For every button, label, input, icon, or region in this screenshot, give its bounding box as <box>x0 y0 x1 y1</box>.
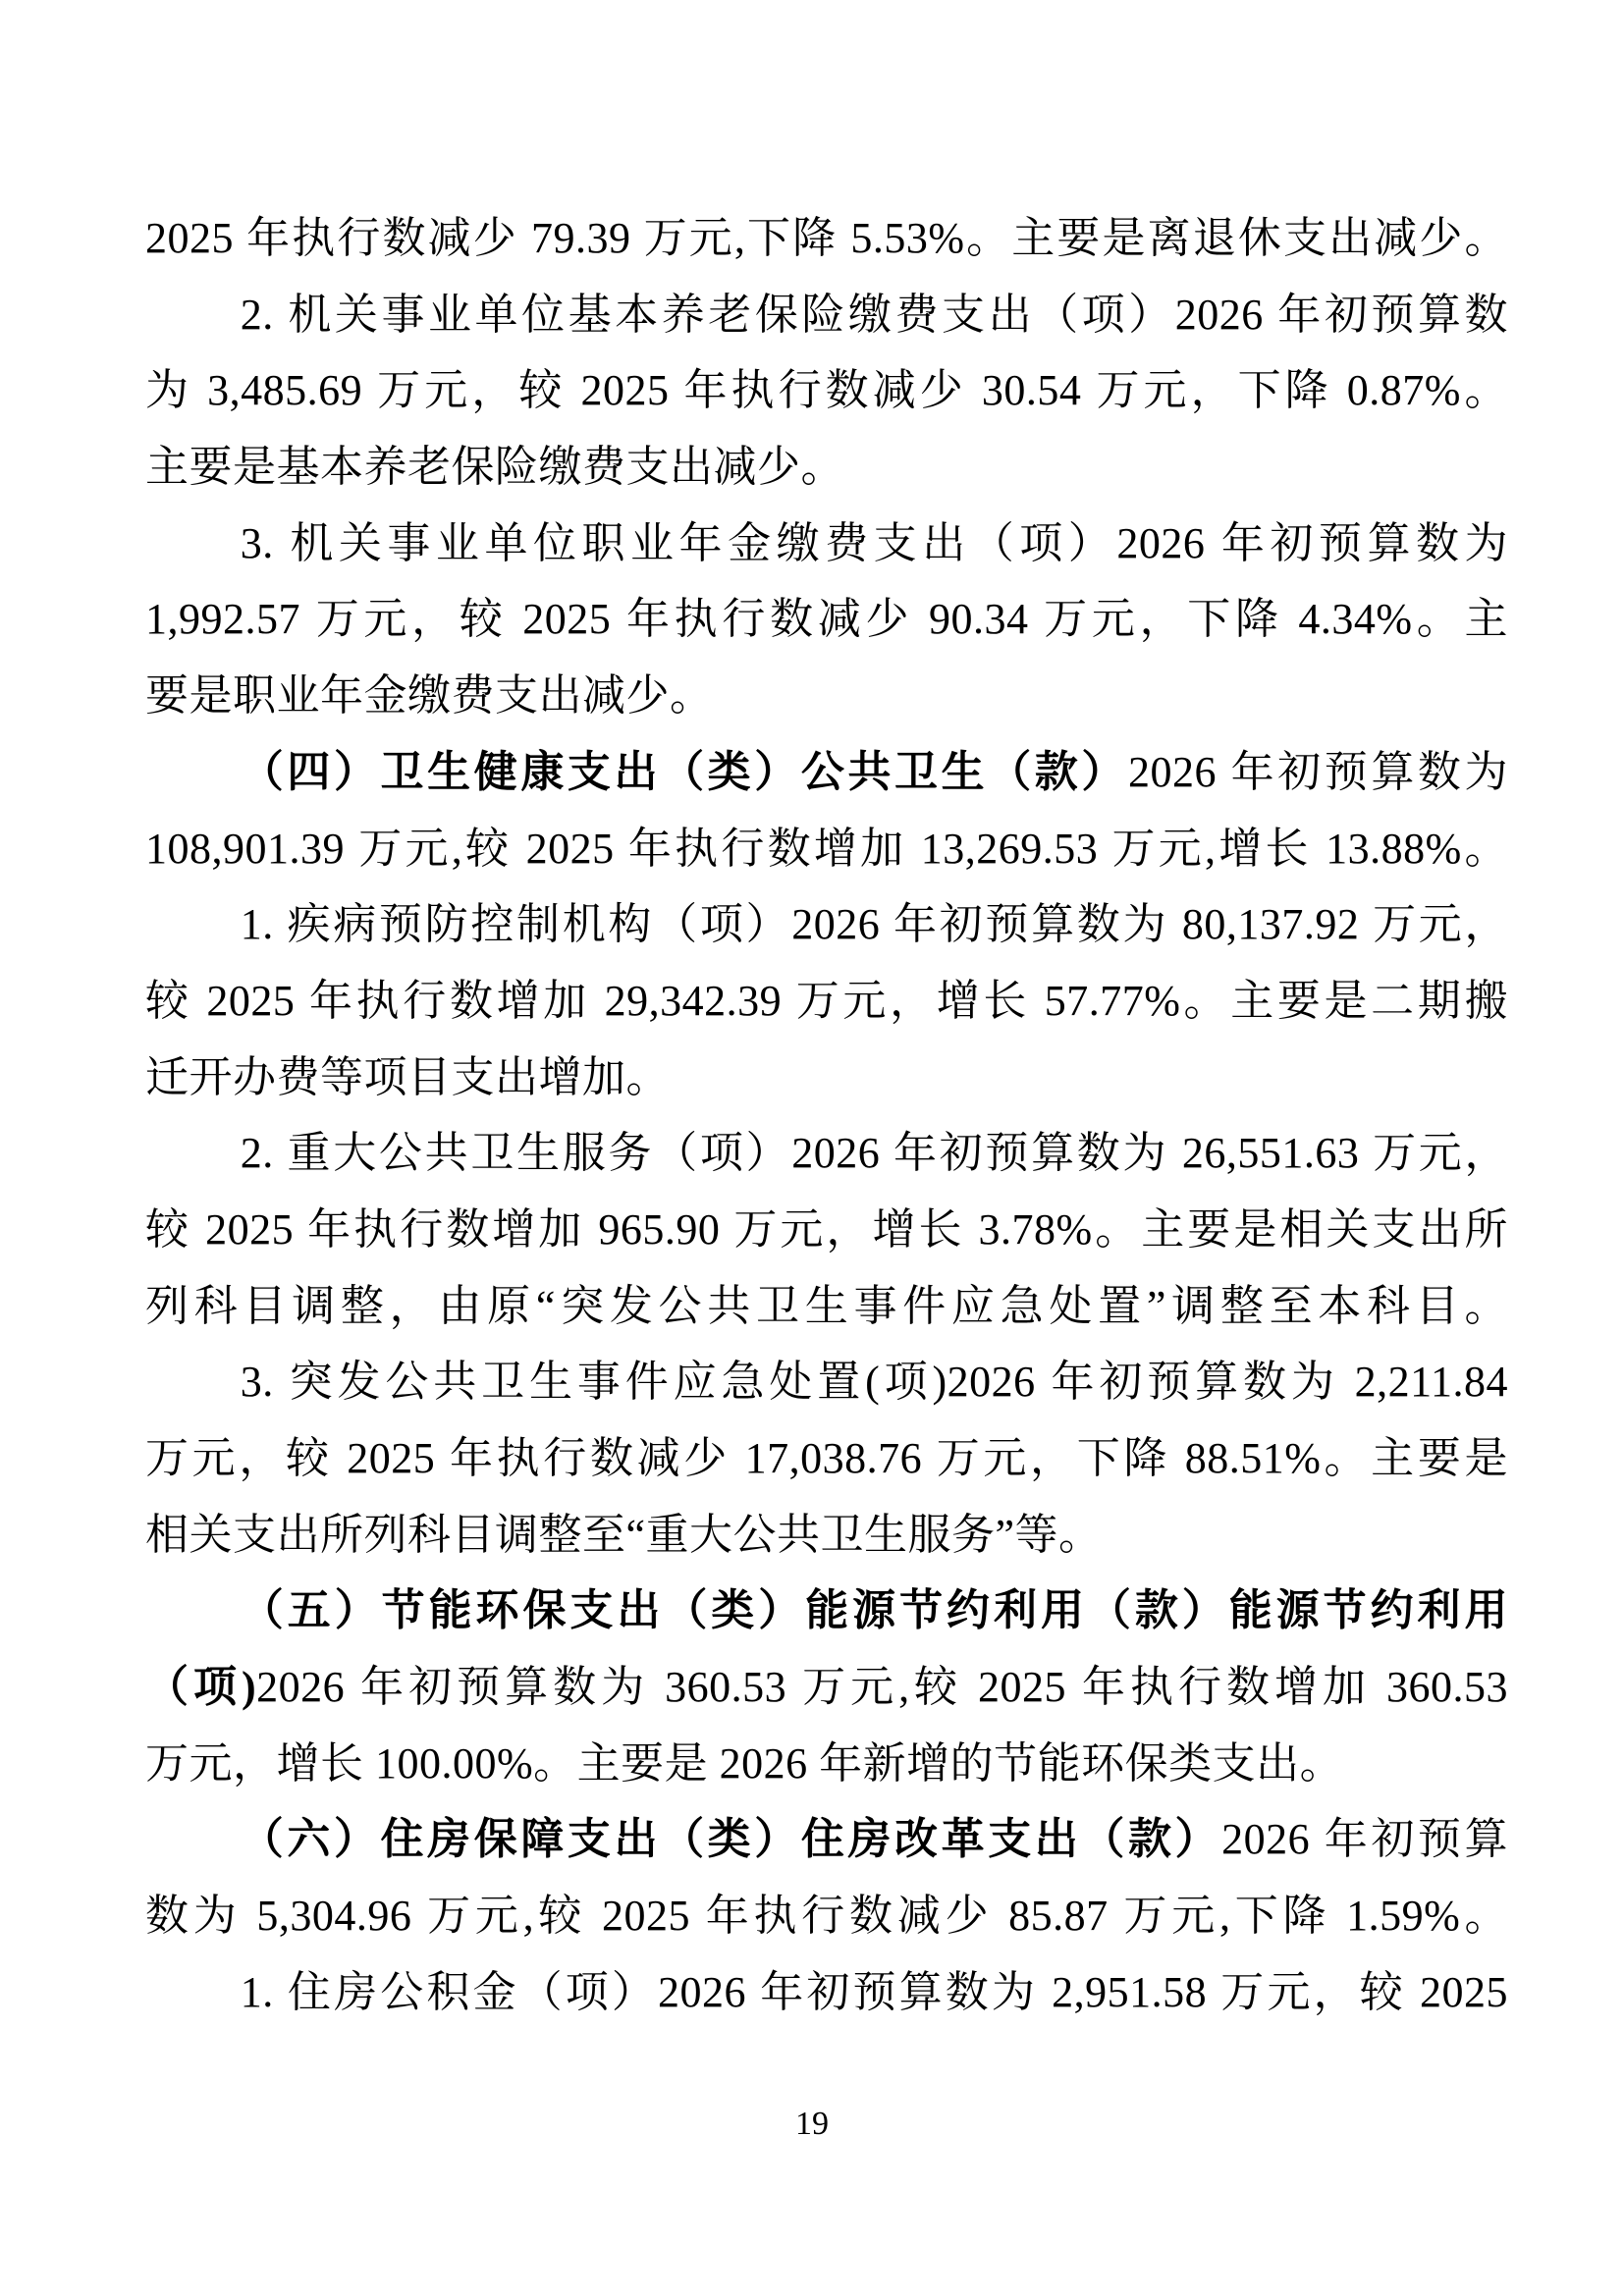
text-line: 相关支出所列科目调整至“重大公共卫生服务”等。 <box>145 1497 1508 1574</box>
body-text: 1. 住房公积金（项）2026 年初预算数为 2,951.58 万元，较 202… <box>241 1968 1508 2016</box>
body-text: 2026 年初预算数为 <box>1128 748 1508 796</box>
body-text: 2026 年初预算数为 360.53 万元,较 2025 年执行数增加 360.… <box>256 1663 1508 1711</box>
text-line: 要是职业年金缴费支出减少。 <box>145 658 1508 734</box>
text-line: （六）住房保障支出（类）住房改革支出（款）2026 年初预算 <box>145 1801 1508 1878</box>
text-line: 1. 疾病预防控制机构（项）2026 年初预算数为 80,137.92 万元， <box>145 886 1508 963</box>
section-heading-text: （项) <box>145 1663 256 1711</box>
body-text: 主要是基本养老保险缴费支出减少。 <box>145 443 844 491</box>
text-line: 2025 年执行数减少 79.39 万元,下降 5.53%。主要是离退休支出减少… <box>145 200 1508 277</box>
document-page: 2025 年执行数减少 79.39 万元,下降 5.53%。主要是离退休支出减少… <box>0 0 1624 2296</box>
body-text: 1. 疾病预防控制机构（项）2026 年初预算数为 80,137.92 万元， <box>241 900 1508 948</box>
text-line: 3. 突发公共卫生事件应急处置(项)2026 年初预算数为 2,211.84 <box>145 1344 1508 1420</box>
text-line: 1. 住房公积金（项）2026 年初预算数为 2,951.58 万元，较 202… <box>145 1954 1508 2031</box>
text-line: 迁开办费等项目支出增加。 <box>145 1040 1508 1116</box>
text-line: （四）卫生健康支出（类）公共卫生（款）2026 年初预算数为 <box>145 734 1508 811</box>
text-line: 较 2025 年执行数增加 29,342.39 万元，增长 57.77%。主要是… <box>145 963 1508 1040</box>
text-line: 108,901.39 万元,较 2025 年执行数增加 13,269.53 万元… <box>145 811 1508 887</box>
text-line: 3. 机关事业单位职业年金缴费支出（项）2026 年初预算数为 <box>145 506 1508 582</box>
text-line: 万元，增长 100.00%。主要是 2026 年新增的节能环保类支出。 <box>145 1726 1508 1802</box>
body-text: 2. 重大公共卫生服务（项）2026 年初预算数为 26,551.63 万元， <box>241 1129 1508 1177</box>
body-text: 较 2025 年执行数增加 965.90 万元，增长 3.78%。主要是相关支出… <box>145 1205 1508 1254</box>
text-line: 万元，较 2025 年执行数减少 17,038.76 万元，下降 88.51%。… <box>145 1420 1508 1497</box>
text-line: 主要是基本养老保险缴费支出减少。 <box>145 429 1508 506</box>
body-text: 迁开办费等项目支出增加。 <box>145 1053 670 1101</box>
body-text: 较 2025 年执行数增加 29,342.39 万元，增长 57.77%。主要是… <box>145 977 1508 1025</box>
document-body: 2025 年执行数减少 79.39 万元,下降 5.53%。主要是离退休支出减少… <box>145 200 1508 2031</box>
body-text: 要是职业年金缴费支出减少。 <box>145 671 714 720</box>
body-text: 为 3,485.69 万元，较 2025 年执行数减少 30.54 万元，下降 … <box>145 366 1508 414</box>
text-line: 2. 重大公共卫生服务（项）2026 年初预算数为 26,551.63 万元， <box>145 1115 1508 1192</box>
body-text: 数为 5,304.96 万元,较 2025 年执行数减少 85.87 万元,下降… <box>145 1892 1508 1940</box>
body-text: 相关支出所列科目调整至“重大公共卫生服务”等。 <box>145 1511 1103 1559</box>
text-line: 数为 5,304.96 万元,较 2025 年执行数减少 85.87 万元,下降… <box>145 1878 1508 1954</box>
body-text: 2025 年执行数减少 79.39 万元,下降 5.53%。主要是离退休支出减少… <box>145 214 1508 262</box>
text-line: 1,992.57 万元，较 2025 年执行数减少 90.34 万元，下降 4.… <box>145 581 1508 658</box>
text-line: （项)2026 年初预算数为 360.53 万元,较 2025 年执行数增加 3… <box>145 1649 1508 1726</box>
body-text: 3. 突发公共卫生事件应急处置(项)2026 年初预算数为 2,211.84 <box>241 1358 1508 1406</box>
body-text: 1,992.57 万元，较 2025 年执行数减少 90.34 万元，下降 4.… <box>145 595 1508 643</box>
body-text: 列科目调整，由原“突发公共卫生事件应急处置”调整至本科目。 <box>145 1282 1508 1330</box>
section-heading-text: （六）住房保障支出（类）住房改革支出（款） <box>241 1815 1221 1863</box>
body-text: 2. 机关事业单位基本养老保险缴费支出（项）2026 年初预算数 <box>241 291 1508 339</box>
page-number: 19 <box>0 2103 1624 2146</box>
section-heading-text: （五）节能环保支出（类）能源节约利用（款）能源节约利用 <box>241 1586 1508 1634</box>
text-line: 为 3,485.69 万元，较 2025 年执行数减少 30.54 万元，下降 … <box>145 352 1508 429</box>
body-text: 万元，增长 100.00%。主要是 2026 年新增的节能环保类支出。 <box>145 1739 1343 1788</box>
text-line: 列科目调整，由原“突发公共卫生事件应急处置”调整至本科目。 <box>145 1268 1508 1345</box>
text-line: 2. 机关事业单位基本养老保险缴费支出（项）2026 年初预算数 <box>145 277 1508 353</box>
text-line: 较 2025 年执行数增加 965.90 万元，增长 3.78%。主要是相关支出… <box>145 1192 1508 1268</box>
body-text: 万元，较 2025 年执行数减少 17,038.76 万元，下降 88.51%。… <box>145 1434 1508 1482</box>
text-line: （五）节能环保支出（类）能源节约利用（款）能源节约利用 <box>145 1573 1508 1649</box>
body-text: 108,901.39 万元,较 2025 年执行数增加 13,269.53 万元… <box>145 825 1508 873</box>
body-text: 2026 年初预算 <box>1221 1815 1508 1863</box>
section-heading-text: （四）卫生健康支出（类）公共卫生（款） <box>241 748 1128 796</box>
body-text: 3. 机关事业单位职业年金缴费支出（项）2026 年初预算数为 <box>241 519 1508 567</box>
